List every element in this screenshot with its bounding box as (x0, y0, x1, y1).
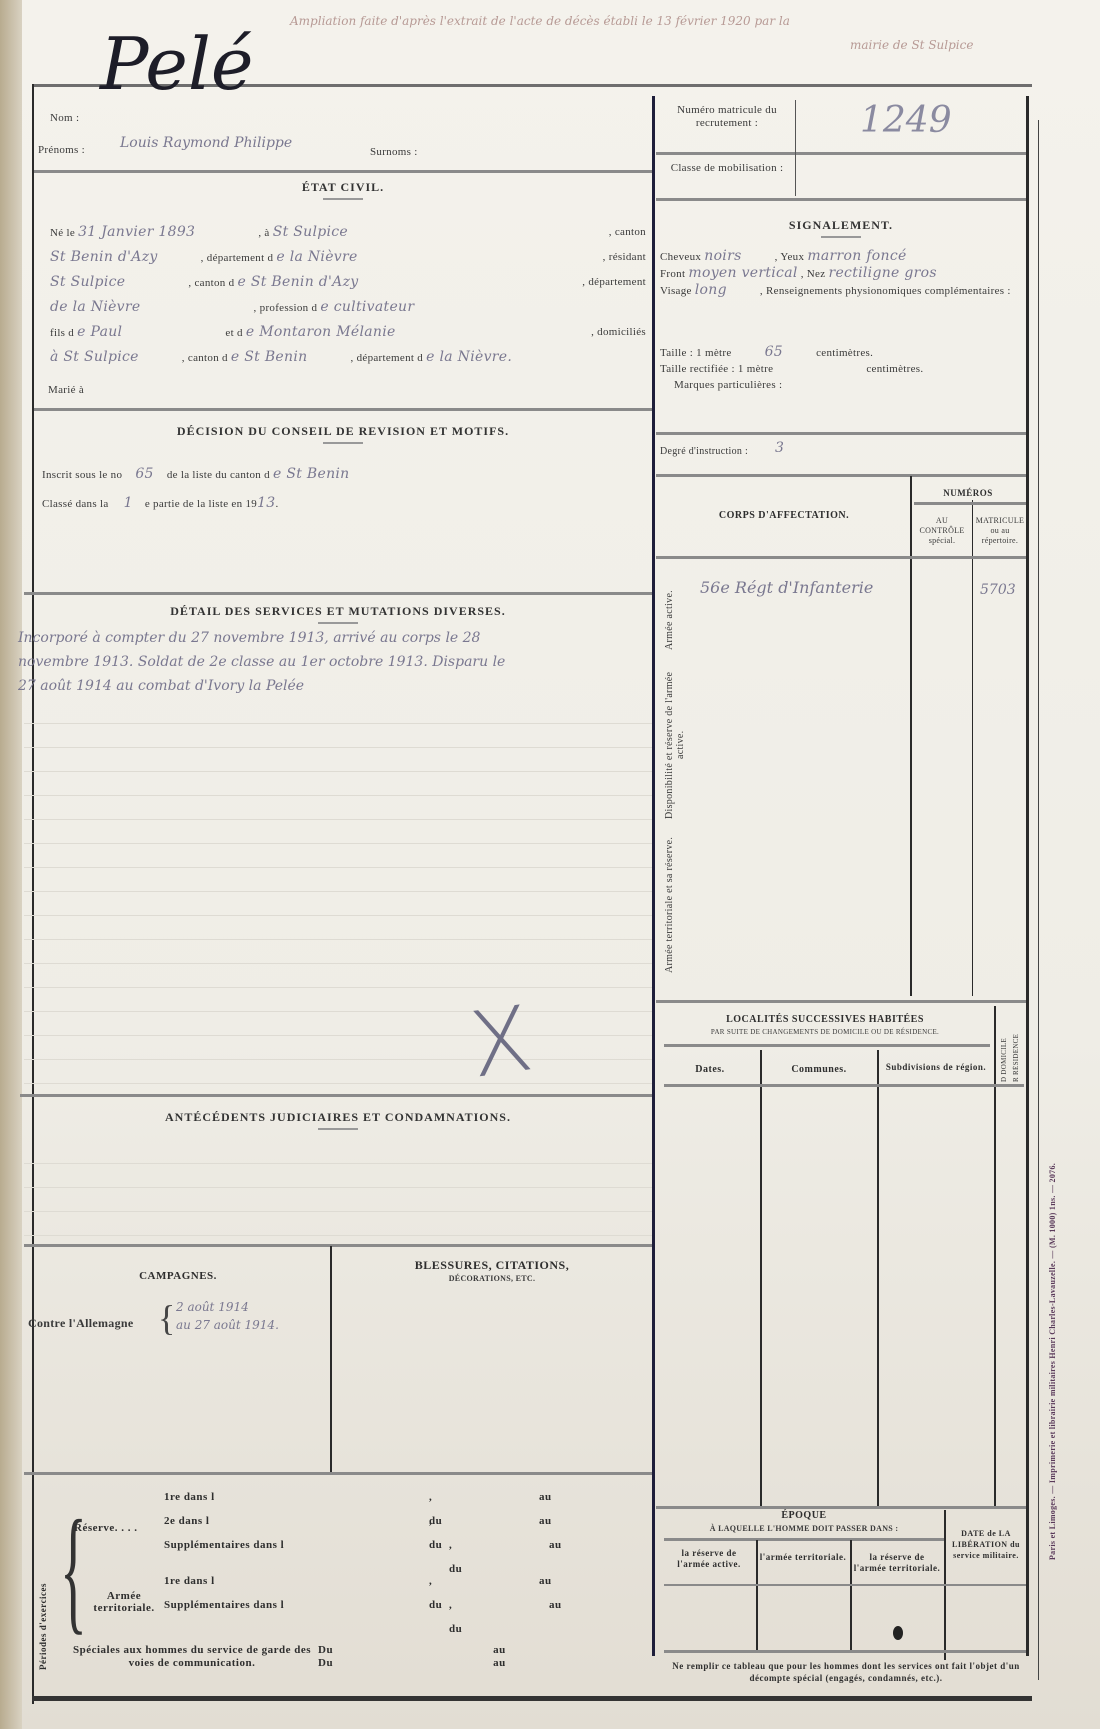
domicile-value: à St Sulpice (50, 349, 139, 365)
gardes-au-1: au (493, 1644, 506, 1656)
frame-right-rule-outer (1038, 120, 1039, 1680)
epoque-title: ÉPOQUE (664, 1510, 944, 1521)
marques-label: Marques particulières : (674, 379, 782, 391)
etat-civil-block: Né le 31 Janvier 1893 , à St Sulpice , c… (50, 220, 646, 370)
campagne-entry-label: Contre l'Allemagne (28, 1316, 134, 1331)
marie-label: Marié à (48, 384, 84, 396)
taille-label: Taille : 1 mètre (660, 347, 732, 359)
cheveux-value: noirs (704, 248, 741, 264)
epoque-col-territoriale: l'armée territoriale. (758, 1552, 848, 1563)
visage-label: Visage (660, 285, 692, 297)
residant-value: St Sulpice (50, 274, 125, 290)
nez-label: , Nez (801, 268, 826, 280)
corps-header: CORPS D'AFFECTATION. (660, 510, 908, 521)
campagnes-divider (330, 1246, 332, 1472)
departement2-value: de la Nièvre (50, 299, 140, 315)
epoque-col-reserve-active: la réserve de l'armée active. (664, 1548, 754, 1570)
taille-value: 65 (765, 344, 783, 360)
classe-label: Classé dans la (42, 498, 109, 510)
row-territoriale: Armée territoriale et sa réserve. (664, 830, 675, 980)
signalement-title-text: SIGNALEMENT. (789, 218, 893, 232)
etat-civil-title-text: ÉTAT CIVIL. (302, 180, 384, 194)
periodes-brace: { (60, 1500, 87, 1640)
decision-title: DÉCISION DU CONSEIL DE REVISION ET MOTIF… (34, 424, 652, 444)
corps-entry: 56e Régt d'Infanterie (700, 578, 873, 597)
yeux-value: marron foncé (807, 248, 906, 264)
matricule-entry: 5703 (980, 582, 1016, 598)
numero-matricule-label: Numéro matricule du recrutement : (662, 104, 792, 130)
rule-classe (656, 198, 1026, 201)
antecedents-ruled-lines (24, 1140, 652, 1240)
campagnes-title: CAMPAGNES. (30, 1270, 326, 1282)
canton3-value: e St Benin (231, 349, 308, 365)
reserve-label: Réserve. . . . (74, 1522, 138, 1534)
corps-divider-1 (910, 476, 912, 996)
residant-label: , résidant (603, 245, 646, 269)
services-title-text: DÉTAIL DES SERVICES ET MUTATIONS DIVERSE… (170, 604, 505, 618)
column-divider (652, 96, 655, 1656)
surname-calligraphy: Pelé (100, 22, 253, 106)
degre-instruction-value: 3 (775, 440, 784, 456)
rule-corps-bottom (656, 1000, 1026, 1003)
terr-supp-dans: dans l (253, 1599, 284, 1611)
ne-le-label: Né le (50, 227, 75, 239)
prenoms-label: Prénoms : (38, 144, 85, 156)
rule-epoque-bottom (664, 1650, 1026, 1653)
nez-value: rectiligne gros (828, 265, 936, 281)
localites-subtitle: PAR SUITE DE CHANGEMENTS DE DOMICILE OU … (660, 1028, 990, 1036)
gardes-du-1: Du (318, 1644, 333, 1656)
campagne-to: au 27 août 1914. (176, 1316, 279, 1334)
ink-blot (893, 1626, 903, 1640)
row-disponibilite: Disponibilité et réserve de l'armée acti… (664, 670, 686, 820)
au-2: au (539, 1509, 552, 1533)
du-3: , du (449, 1533, 462, 1581)
terr-1re: 1re dans l (164, 1575, 215, 1587)
signalement-block: Cheveux noirs , Yeux marron foncé Front … (660, 248, 1022, 299)
surnoms-label: Surnoms : (370, 146, 418, 158)
inscrit-value: 65 (135, 466, 153, 482)
ne-le-value: 31 Janvier 1893 (78, 224, 195, 240)
classe-mobilisation-label: Classe de mobilisation : (662, 162, 792, 175)
canton3-label: , canton d (182, 352, 228, 364)
localites-divider-1 (760, 1050, 762, 1506)
etat-civil-title: ÉTAT CIVIL. (34, 180, 652, 200)
cheveux-label: Cheveux (660, 251, 701, 263)
campagne-brace: { (158, 1300, 175, 1336)
rule-etat-civil (34, 408, 652, 411)
profession-label: , profession d (254, 302, 318, 314)
visage-value: long (695, 282, 727, 298)
domicilies-label: , domiciliés (591, 320, 646, 344)
departement-value: e la Nièvre (276, 249, 357, 265)
printer-imprint: Paris et Limoges. — Imprimerie et librai… (1048, 920, 1057, 1560)
localites-divider-2 (877, 1050, 879, 1506)
date-liberation-header: DATE de LA LIBÉRATION du service militai… (946, 1528, 1026, 1561)
epoque-subtitle: À LAQUELLE L'HOMME DOIT PASSER DANS : (664, 1524, 944, 1533)
liste-value: e St Benin (273, 466, 350, 482)
matricule-brace (795, 100, 796, 196)
taille-unit: centimètres. (816, 347, 873, 359)
prenoms-value: Louis Raymond Philippe (120, 135, 292, 151)
reserve-supp: Supplémentaires (164, 1539, 250, 1551)
du-5: , du (449, 1593, 462, 1641)
au-4: au (539, 1569, 552, 1593)
classe-value: 1 (124, 495, 133, 511)
header-annotation-line2: mairie de St Sulpice (850, 38, 973, 52)
frame-right-rule (1026, 96, 1029, 1656)
rule-matricule (656, 152, 1026, 155)
inscrit-label: Inscrit sous le no (42, 469, 122, 481)
territoriale-label: Armée territoriale. (84, 1590, 164, 1614)
gardes-label: Spéciales aux hommes du service de garde… (72, 1644, 312, 1670)
rule-signalement (656, 432, 1026, 435)
col-domicile: D DOMICILE (1000, 1012, 1008, 1082)
services-ruled-lines (24, 700, 652, 1090)
rule-campagnes (24, 1472, 652, 1475)
departement2-label: , département (582, 270, 646, 294)
front-label: Front (660, 268, 685, 280)
decision-title-text: DÉCISION DU CONSEIL DE REVISION ET MOTIF… (177, 424, 509, 438)
du-4: , du (429, 1569, 442, 1617)
rule-epoque-title (664, 1538, 944, 1541)
reserve-supp-dans: dans l (253, 1539, 284, 1551)
frame-bottom-rule (32, 1696, 1032, 1701)
rule-localites-bottom (656, 1506, 1026, 1509)
departement-label: , département d (201, 252, 274, 264)
pere-value: e Paul (77, 324, 122, 340)
localites-title: LOCALITÉS SUCCESSIVES HABITÉES (660, 1014, 990, 1025)
partie-value: 13 (257, 495, 275, 511)
canton2-value: e St Benin d'Azy (238, 274, 359, 290)
liste-label: de la liste du canton d (167, 469, 270, 481)
rule-localites-title (664, 1044, 990, 1047)
gardes-au-2: au (493, 1657, 506, 1669)
campagne-dates: 2 août 1914 au 27 août 1914. (176, 1298, 279, 1334)
gardes-du-au: Duau Duau (318, 1644, 506, 1670)
col-subdivisions: Subdivisions de région. (879, 1062, 993, 1072)
col-matricule-header: MATRICULE ou au répertoire. (974, 516, 1026, 546)
rule-numeros (914, 502, 1026, 505)
blessures-subtitle: DÉCORATIONS, ETC. (334, 1274, 650, 1283)
services-line-2: novembre 1913. Soldat de 2e classe au 1e… (18, 650, 648, 674)
col-residence: R RÉSIDENCE (1012, 1012, 1020, 1082)
decision-end: . (276, 498, 279, 510)
periodes-side-label: Périodes d'exercices (38, 1530, 48, 1670)
au-3: au (549, 1533, 562, 1557)
epoque-footnote: Ne remplir ce tableau que pour les homme… (668, 1660, 1024, 1684)
localites-divider-dr (994, 1006, 996, 1506)
rule-antecedents (24, 1244, 652, 1247)
mere-value: e Montaron Mélanie (246, 324, 396, 340)
antecedents-title: ANTÉCÉDENTS JUDICIAIRES ET CONDAMNATIONS… (24, 1110, 652, 1130)
reserve-1re: 1re dans l (164, 1491, 215, 1503)
decision-block: Inscrit sous le no 65 de la liste du can… (42, 460, 350, 518)
campagne-from: 2 août 1914 (176, 1298, 279, 1316)
header-annotation-line1: Ampliation faite d'après l'extrait de l'… (290, 14, 1090, 28)
numero-matricule-value: 1249 (860, 100, 952, 141)
terr-supp: Supplémentaires (164, 1599, 250, 1611)
row-armee-active: Armée active. (664, 580, 675, 660)
col-controle-header: AU CONTRÔLE spécial. (914, 516, 970, 546)
et-label: et d (225, 327, 242, 339)
du-2: , du (429, 1509, 442, 1557)
services-line-3: 27 août 1914 au combat d'Ivory la Pelée (18, 674, 648, 698)
nom-label: Nom : (50, 112, 79, 124)
signalement-title: SIGNALEMENT. (656, 218, 1026, 238)
col-dates: Dates. (662, 1064, 758, 1075)
fils-label: fils d (50, 327, 74, 339)
rule-corps-header (656, 556, 1026, 559)
yeux-label: , Yeux (775, 251, 805, 263)
au-1: au (539, 1485, 552, 1509)
antecedents-title-text: ANTÉCÉDENTS JUDICIAIRES ET CONDAMNATIONS… (165, 1110, 511, 1124)
partie-label: e partie de la liste en 19 (145, 498, 257, 510)
canton-label: , canton (609, 220, 646, 244)
au-5: au (549, 1593, 562, 1617)
departement3-label: , département d (350, 352, 423, 364)
a-value: St Sulpice (273, 224, 348, 240)
services-text: Incorporé à compter du 27 novembre 1913,… (18, 626, 648, 698)
periodes-rows: 1re dans l, duau 2e dans l, duau Supplém… (164, 1485, 284, 1617)
services-title: DÉTAIL DES SERVICES ET MUTATIONS DIVERSE… (24, 604, 652, 624)
canton2-label: , canton d (188, 277, 234, 289)
taille-block: Taille : 1 mètre 65 centimètres. Taille … (660, 344, 923, 393)
degre-instruction-label: Degré d'instruction : (660, 446, 748, 457)
col-communes: Communes. (762, 1064, 876, 1075)
rule-localites-header (664, 1084, 1024, 1087)
rule-decision (24, 592, 652, 595)
rule-degre (656, 474, 1026, 477)
blessures-title: BLESSURES, CITATIONS, (334, 1258, 650, 1273)
profession-value: e cultivateur (320, 299, 414, 315)
corps-divider-2 (972, 500, 973, 996)
rule-epoque-header (664, 1584, 1026, 1586)
rule-identity (34, 170, 652, 173)
epoque-col-reserve-territoriale: la réserve de l'armée territoriale. (852, 1552, 942, 1574)
reserve-2e: 2e dans l (164, 1515, 209, 1527)
services-line-1: Incorporé à compter du 27 novembre 1913,… (18, 626, 648, 650)
numeros-header: NUMÉROS (912, 488, 1024, 498)
rule-services (20, 1094, 652, 1097)
taille-rectifiee-label: Taille rectifiée : 1 mètre (660, 363, 773, 375)
departement3-value: e la Nièvre. (426, 349, 512, 365)
renseignements-label: , Renseignements physionomiques compléme… (760, 285, 1011, 297)
taille-rectifiee-unit: centimètres. (866, 363, 923, 375)
canton-value: St Benin d'Azy (50, 249, 158, 265)
front-value: moyen vertical (688, 265, 797, 281)
gardes-du-2: Du (318, 1657, 333, 1669)
a-label: , à (258, 227, 269, 239)
